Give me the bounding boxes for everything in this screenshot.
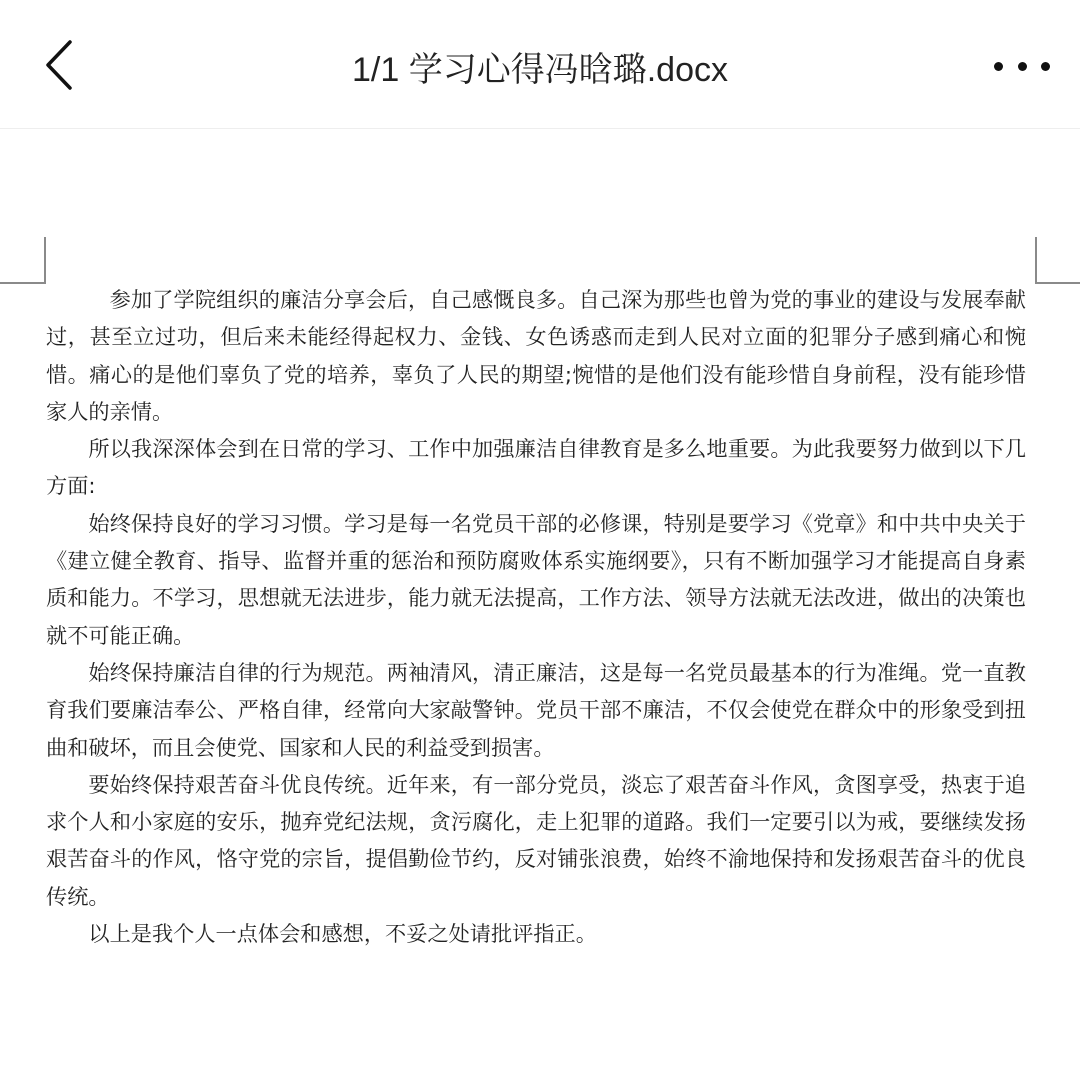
paragraph: 要始终保持艰苦奋斗优良传统。近年来，有一部分党员，淡忘了艰苦奋斗作风，贪图享受，… [46, 766, 1026, 915]
more-horizontal-icon [994, 62, 1003, 71]
page-margin-corner-mark [0, 237, 46, 284]
paragraph: 始终保持廉洁自律的行为规范。两袖清风，清正廉洁，这是每一名党员最基本的行为准绳。… [46, 654, 1026, 766]
paragraph: 始终保持良好的学习习惯。学习是每一名党员干部的必修课，特别是要学习《党章》和中共… [46, 505, 1026, 654]
more-horizontal-icon [1018, 62, 1027, 71]
document-body: 参加了学院组织的廉洁分享会后，自己感慨良多。自己深为那些也曾为党的事业的建设与发… [46, 281, 1026, 952]
page-margin-corner-mark [1035, 237, 1080, 284]
paragraph: 所以我深深体会到在日常的学习、工作中加强廉洁自律教育是多么地重要。为此我要努力做… [46, 430, 1026, 505]
paragraph: 以上是我个人一点体会和感想，不妥之处请批评指正。 [46, 915, 1026, 952]
top-bar: 1/1 学习心得冯晗璐.docx [0, 0, 1080, 129]
more-options-button[interactable] [994, 56, 1050, 76]
document-page[interactable]: 参加了学院组织的廉洁分享会后，自己感慨良多。自己深为那些也曾为党的事业的建设与发… [0, 129, 1080, 1080]
document-title: 1/1 学习心得冯晗璐.docx [0, 42, 1080, 91]
paragraph: 参加了学院组织的廉洁分享会后，自己感慨良多。自己深为那些也曾为党的事业的建设与发… [46, 281, 1026, 430]
more-horizontal-icon [1041, 62, 1050, 71]
